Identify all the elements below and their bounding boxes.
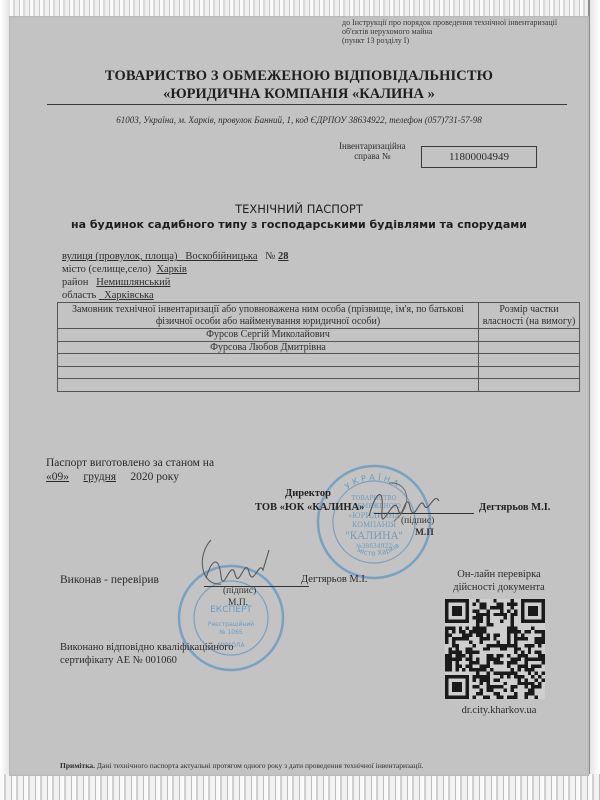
inventory-case-label: Інвентаризаційна справа №	[339, 141, 406, 161]
region-field: область _Харківська	[62, 290, 154, 302]
header-divider	[47, 104, 567, 105]
director-organization: ТОВ «ЮК «КАЛИНА»	[255, 502, 364, 513]
table-row	[58, 379, 580, 392]
executor-name: Дегтярьов М.І.	[301, 574, 368, 585]
table-row: Фурсов Сергій Миколайович	[58, 329, 580, 342]
house-number: 28	[278, 251, 289, 262]
table-row	[58, 366, 580, 379]
director-signature-caption: (підпис)	[401, 516, 434, 526]
verification-url[interactable]: dr.city.kharkov.ua	[419, 705, 579, 716]
street-field: вулиця (провулок, площа)_ Воскобійницька…	[62, 251, 289, 263]
district-value: Немишлянський	[96, 277, 170, 288]
prepared-day: «09»	[46, 471, 69, 483]
prepared-month: грудня	[83, 471, 116, 483]
customer-column-header: Замовник технічної інвентаризації або уп…	[58, 303, 479, 329]
table-row: Фурсова Любов Дмитрівна	[58, 341, 580, 354]
owner-name: Фурсова Любов Дмитрівна	[58, 341, 479, 354]
owner-share	[479, 341, 580, 354]
city-value: Харків	[156, 264, 186, 275]
share-column-header: Розмір частки власності (на вимогу)	[479, 303, 580, 329]
street-value: Воскобійницька	[185, 251, 257, 262]
director-name: Дегтярьов М.І.	[479, 502, 550, 513]
district-field: район Немишлянський	[62, 277, 170, 289]
company-name-line1: ТОВАРИСТВО З ОБМЕЖЕНОЮ ВІДПОВІДАЛЬНІСТЮ	[9, 68, 589, 85]
executor-signature-caption: (підпис)	[223, 586, 256, 596]
note-line: до Інструкції про порядок проведення тех…	[342, 18, 557, 27]
qr-code-icon[interactable]	[445, 599, 545, 699]
svg-text:ТОВАРИСТВО: ТОВАРИСТВО	[351, 495, 396, 502]
owner-name	[58, 366, 479, 379]
document-page: до Інструкції про порядок проведення тех…	[9, 16, 589, 776]
svg-text:№ 1065: № 1065	[219, 629, 243, 636]
svg-text:місто Харків: місто Харків	[356, 542, 401, 558]
owner-name: Фурсов Сергій Миколайович	[58, 329, 479, 342]
owner-share	[479, 354, 580, 367]
company-name-line2: «ЮРИДИЧНА КОМПАНІЯ «КАЛИНА »	[9, 86, 589, 103]
prepared-year: 2020 року	[130, 471, 179, 483]
instruction-reference-note: до Інструкції про порядок проведення тех…	[342, 18, 557, 45]
owners-table: Замовник технічної інвентаризації або уп…	[57, 302, 580, 392]
inventory-case-number: 11800004949	[421, 146, 537, 168]
owner-share	[479, 366, 580, 379]
region-value: Харківська	[104, 290, 153, 301]
svg-text:Реєстраційний: Реєстраційний	[208, 621, 254, 628]
footnote: Примітка. Дані технічного паспорта актуа…	[60, 761, 423, 770]
document-title: ТЕХНІЧНИЙ ПАСПОРТ	[9, 202, 589, 216]
owners-table-header: Замовник технічної інвентаризації або уп…	[58, 303, 580, 329]
executor-seal-caption: М.П.	[228, 598, 248, 608]
online-verification-label: Он-лайн перевірка дійсності документа	[419, 568, 579, 594]
executor-signature-icon	[191, 536, 281, 592]
scan-edge-right	[588, 0, 600, 800]
owner-name	[58, 354, 479, 367]
city-field: місто (селище,село) Харків	[62, 264, 187, 276]
owner-share	[479, 329, 580, 342]
table-row	[58, 354, 580, 367]
svg-text:УКРАЇНА: УКРАЇНА	[343, 472, 402, 491]
executor-signature-line	[204, 586, 309, 587]
director-seal-caption: М.П	[415, 528, 434, 538]
qualification-certificate: Виконано відповідно кваліфікаційного сер…	[60, 641, 234, 667]
prepared-date-block: Паспорт виготовлено за станом на «09» гр…	[46, 456, 214, 484]
director-title: Директор	[285, 488, 331, 499]
company-address: 61003, Україна, м. Харків, провулок Банн…	[9, 115, 589, 125]
document-subtitle: на будинок садибного типу з господарськи…	[9, 218, 589, 231]
svg-text:"КАЛИНА": "КАЛИНА"	[345, 531, 403, 542]
note-line: (пункт 13 розділу І)	[342, 36, 557, 45]
note-line: об'єктів нерухомого майна	[342, 27, 557, 36]
svg-text:КОМПАНІЯ: КОМПАНІЯ	[352, 521, 397, 529]
owner-share	[479, 379, 580, 392]
owner-name	[58, 379, 479, 392]
scan-edge-bottom	[0, 774, 600, 800]
executor-label: Виконав - перевірив	[60, 574, 159, 586]
svg-text:№38634922: №38634922	[356, 543, 392, 550]
director-signature-line	[374, 513, 474, 514]
